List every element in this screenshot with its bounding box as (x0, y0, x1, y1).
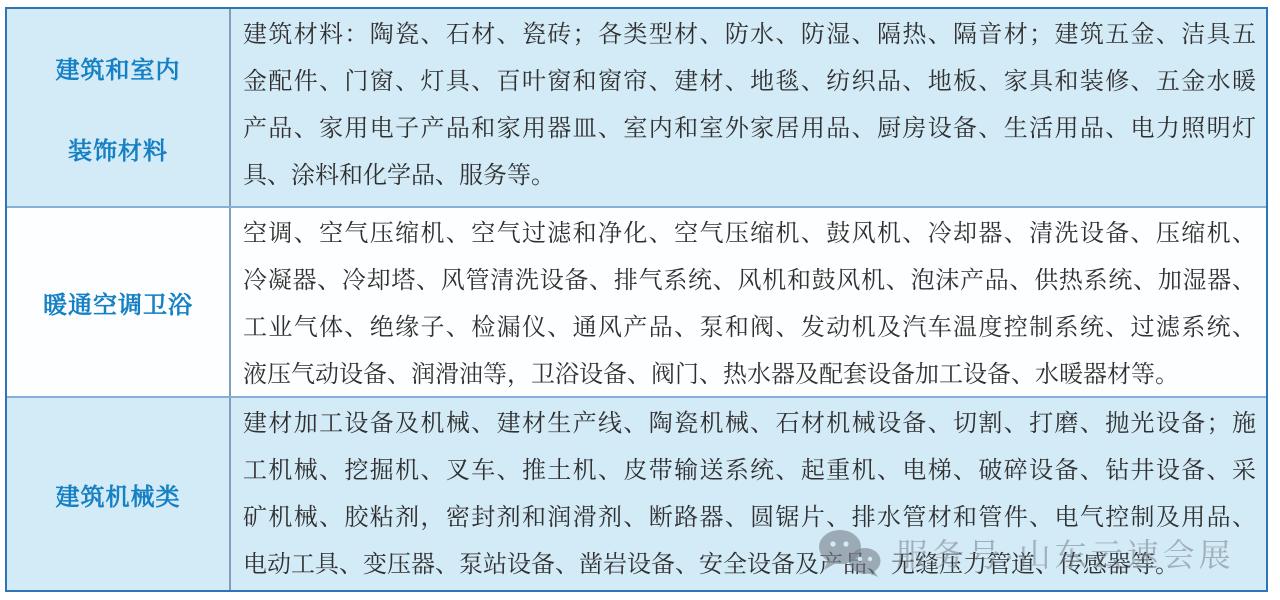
table-row: 建筑机械类 建材加工设备及机械、建材生产线、陶瓷机械、石材机械设备、切割、打磨、… (7, 396, 1266, 590)
content-line: 建筑材料：陶瓷、石材、瓷砖；各类型材、防水、防湿、隔热、隔音材；建筑五金、洁具五 (243, 11, 1256, 58)
category-label: 建筑和室内 (56, 50, 181, 85)
category-label: 建筑机械类 (56, 477, 181, 512)
content-line: 电动工具、变压器、泵站设备、凿岩设备、安全设备及产品、无缝压力管道、传感器等。 (243, 541, 1256, 588)
table-row: 暖通空调卫浴 空调、空气压缩机、空气过滤和净化、空气压缩机、鼓风机、冷却器、清洗… (7, 206, 1266, 396)
content-line: 工机械、挖掘机、叉车、推土机、皮带输送系统、起重机、电梯、破碎设备、钻井设备、采 (243, 447, 1256, 494)
content-line: 冷凝器、冷却塔、风管清洗设备、排气系统、风机和鼓风机、泡沫产品、供热系统、加湿器… (243, 257, 1256, 304)
category-cell: 建筑和室内 装饰材料 (7, 9, 231, 206)
content-line: 工业气体、绝缘子、检漏仪、通风产品、泵和阀、发动机及汽车温度控制系统、过滤系统、 (243, 304, 1256, 351)
category-cell: 建筑机械类 (7, 398, 231, 590)
content-line: 金配件、门窗、灯具、百叶窗和窗帘、建材、地毯、纺织品、地板、家具和装修、五金水暖 (243, 58, 1256, 105)
category-table: 建筑和室内 装饰材料 建筑材料：陶瓷、石材、瓷砖；各类型材、防水、防湿、隔热、隔… (5, 7, 1268, 592)
category-cell: 暖通空调卫浴 (7, 208, 231, 396)
content-line: 液压气动设备、润滑油等，卫浴设备、阀门、热水器及配套设备加工设备、水暖器材等。 (243, 351, 1256, 396)
category-label: 装饰材料 (68, 131, 168, 166)
content-line: 具、涂料和化学品、服务等。 (243, 152, 1256, 199)
content-line: 矿机械、胶粘剂，密封剂和润滑剂、断路器、圆锯片、排水管材和管件、电气控制及用品、 (243, 494, 1256, 541)
content-cell: 建材加工设备及机械、建材生产线、陶瓷机械、石材机械设备、切割、打磨、抛光设备；施… (231, 398, 1266, 590)
table-row: 建筑和室内 装饰材料 建筑材料：陶瓷、石材、瓷砖；各类型材、防水、防湿、隔热、隔… (7, 9, 1266, 206)
category-label: 暖通空调卫浴 (43, 285, 193, 320)
content-cell: 建筑材料：陶瓷、石材、瓷砖；各类型材、防水、防湿、隔热、隔音材；建筑五金、洁具五… (231, 9, 1266, 206)
content-line: 产品、家用电子产品和家用器皿、室内和室外家居用品、厨房设备、生活用品、电力照明灯 (243, 105, 1256, 152)
content-line: 建材加工设备及机械、建材生产线、陶瓷机械、石材机械设备、切割、打磨、抛光设备；施 (243, 400, 1256, 447)
content-cell: 空调、空气压缩机、空气过滤和净化、空气压缩机、鼓风机、冷却器、清洗设备、压缩机、… (231, 208, 1266, 396)
content-line: 空调、空气压缩机、空气过滤和净化、空气压缩机、鼓风机、冷却器、清洗设备、压缩机、 (243, 210, 1256, 257)
